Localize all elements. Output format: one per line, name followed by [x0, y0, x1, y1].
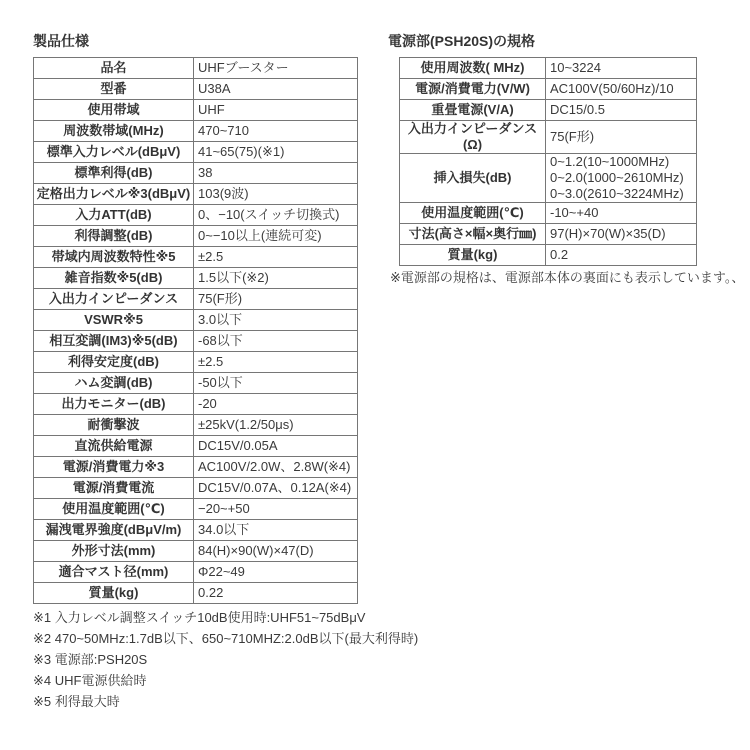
spec-row: 漏洩電界強度(dBμV/m)34.0以下: [34, 520, 358, 541]
spec-row: 利得調整(dB)0~−10以上(連続可変): [34, 226, 358, 247]
spec-label: 使用温度範囲(℃): [34, 499, 194, 520]
spec-value: 0.22: [194, 583, 358, 604]
spec-row: 入力ATT(dB)0、−10(スイッチ切換式): [34, 205, 358, 226]
spec-label: 定格出力レベル※3(dBμV): [34, 184, 194, 205]
spec-label: 電源/消費電力(V/W): [400, 79, 546, 100]
spec-value: ±25kV(1.2/50μs): [194, 415, 358, 436]
spec-label: 利得調整(dB): [34, 226, 194, 247]
spec-row: 出力モニター(dB)-20: [34, 394, 358, 415]
spec-row: 標準利得(dB)38: [34, 163, 358, 184]
spec-label: 漏洩電界強度(dBμV/m): [34, 520, 194, 541]
spec-label: 直流供給電源: [34, 436, 194, 457]
spec-row: 挿入損失(dB)0~1.2(10~1000MHz) 0~2.0(1000~261…: [400, 154, 697, 203]
spec-value: −20~+50: [194, 499, 358, 520]
product-spec-table: 品名UHFブースター型番U38A使用帯域UHF周波数帯域(MHz)470~710…: [33, 57, 358, 604]
spec-label: 標準利得(dB): [34, 163, 194, 184]
spec-row: 帯域内周波数特性※5±2.5: [34, 247, 358, 268]
spec-value: 0~1.2(10~1000MHz) 0~2.0(1000~2610MHz) 0~…: [546, 154, 697, 203]
power-spec-section: 電源部(PSH20S)の規格 使用周波数( MHz)10~3224電源/消費電力…: [388, 33, 718, 287]
spec-row: 質量(kg)0.22: [34, 583, 358, 604]
power-spec-table-body: 使用周波数( MHz)10~3224電源/消費電力(V/W)AC100V(50/…: [400, 58, 697, 266]
spec-row: 周波数帯域(MHz)470~710: [34, 121, 358, 142]
spec-value: 75(F形): [194, 289, 358, 310]
spec-row: ハム変調(dB)-50以下: [34, 373, 358, 394]
spec-row: 電源/消費電力※3AC100V/2.0W、2.8W(※4): [34, 457, 358, 478]
spec-label: 使用温度範囲(℃): [400, 203, 546, 224]
spec-value: 0、−10(スイッチ切換式): [194, 205, 358, 226]
spec-row: 適合マスト径(mm)Φ22~49: [34, 562, 358, 583]
spec-row: 標準入力レベル(dBμV)41~65(75)(※1): [34, 142, 358, 163]
spec-row: VSWR※53.0以下: [34, 310, 358, 331]
spec-value: 84(H)×90(W)×47(D): [194, 541, 358, 562]
spec-value: Φ22~49: [194, 562, 358, 583]
spec-label: 電源/消費電力※3: [34, 457, 194, 478]
spec-label: 使用帯域: [34, 100, 194, 121]
spec-label: 挿入損失(dB): [400, 154, 546, 203]
spec-label: 周波数帯域(MHz): [34, 121, 194, 142]
spec-label: 相互変調(IM3)※5(dB): [34, 331, 194, 352]
spec-row: 質量(kg)0.2: [400, 245, 697, 266]
spec-value: UHF: [194, 100, 358, 121]
spec-label: 重畳電源(V/A): [400, 100, 546, 121]
spec-label: 入力ATT(dB): [34, 205, 194, 226]
footnote-line: ※4 UHF電源供給時: [33, 670, 373, 691]
spec-row: 外形寸法(mm)84(H)×90(W)×47(D): [34, 541, 358, 562]
spec-label: 利得安定度(dB): [34, 352, 194, 373]
spec-row: 電源/消費電力(V/W)AC100V(50/60Hz)/10: [400, 79, 697, 100]
spec-value: ±2.5: [194, 247, 358, 268]
spec-value: UHFブースター: [194, 58, 358, 79]
spec-row: 使用周波数( MHz)10~3224: [400, 58, 697, 79]
spec-label: VSWR※5: [34, 310, 194, 331]
spec-value: 0.2: [546, 245, 697, 266]
spec-value: 470~710: [194, 121, 358, 142]
spec-label: 帯域内周波数特性※5: [34, 247, 194, 268]
spec-label: 入出力インピーダンス: [34, 289, 194, 310]
spec-label: 標準入力レベル(dBμV): [34, 142, 194, 163]
spec-value: DC15/0.5: [546, 100, 697, 121]
spec-label: 寸法(高さ×幅×奥行㎜): [400, 224, 546, 245]
spec-value: -68以下: [194, 331, 358, 352]
spec-label: 品名: [34, 58, 194, 79]
footnote-line: ※3 電源部:PSH20S: [33, 649, 373, 670]
spec-row: 使用温度範囲(℃)-10~+40: [400, 203, 697, 224]
spec-row: 定格出力レベル※3(dBμV)103(9波): [34, 184, 358, 205]
footnote-line: ※2 470~50MHz:1.7dB以下、650~710MHZ:2.0dB以下(…: [33, 628, 373, 649]
spec-row: 使用温度範囲(℃)−20~+50: [34, 499, 358, 520]
spec-value: U38A: [194, 79, 358, 100]
spec-row: 寸法(高さ×幅×奥行㎜)97(H)×70(W)×35(D): [400, 224, 697, 245]
spec-value: -10~+40: [546, 203, 697, 224]
spec-label: 外形寸法(mm): [34, 541, 194, 562]
spec-value: 103(9波): [194, 184, 358, 205]
spec-value: 97(H)×70(W)×35(D): [546, 224, 697, 245]
power-spec-title: 電源部(PSH20S)の規格: [388, 33, 718, 50]
spec-row: 相互変調(IM3)※5(dB)-68以下: [34, 331, 358, 352]
spec-value: 75(F形): [546, 121, 697, 154]
spec-row: 利得安定度(dB)±2.5: [34, 352, 358, 373]
spec-label: 質量(kg): [34, 583, 194, 604]
spec-row: 重畳電源(V/A)DC15/0.5: [400, 100, 697, 121]
spec-value: AC100V(50/60Hz)/10: [546, 79, 697, 100]
spec-label: 電源/消費電流: [34, 478, 194, 499]
spec-label: 型番: [34, 79, 194, 100]
spec-row: 直流供給電源DC15V/0.05A: [34, 436, 358, 457]
spec-row: 入出力インピーダンス75(F形): [34, 289, 358, 310]
spec-row: 雑音指数※5(dB)1.5以下(※2): [34, 268, 358, 289]
spec-value: -50以下: [194, 373, 358, 394]
spec-label: 耐衝撃波: [34, 415, 194, 436]
spec-row: 入出力インピーダンス(Ω)75(F形): [400, 121, 697, 154]
spec-value: 3.0以下: [194, 310, 358, 331]
footnote-line: ※1 入力レベル調整スイッチ10dB使用時:UHF51~75dBμV: [33, 607, 373, 628]
spec-value: 1.5以下(※2): [194, 268, 358, 289]
spec-label: 質量(kg): [400, 245, 546, 266]
power-spec-table: 使用周波数( MHz)10~3224電源/消費電力(V/W)AC100V(50/…: [399, 57, 697, 266]
spec-label: 入出力インピーダンス(Ω): [400, 121, 546, 154]
spec-row: 耐衝撃波±25kV(1.2/50μs): [34, 415, 358, 436]
spec-value: -20: [194, 394, 358, 415]
spec-value: AC100V/2.0W、2.8W(※4): [194, 457, 358, 478]
spec-label: ハム変調(dB): [34, 373, 194, 394]
spec-row: 品名UHFブースター: [34, 58, 358, 79]
spec-row: 型番U38A: [34, 79, 358, 100]
spec-value: DC15V/0.07A、0.12A(※4): [194, 478, 358, 499]
product-spec-section: 製品仕様 品名UHFブースター型番U38A使用帯域UHF周波数帯域(MHz)47…: [33, 33, 373, 712]
spec-row: 使用帯域UHF: [34, 100, 358, 121]
spec-value: 10~3224: [546, 58, 697, 79]
product-spec-table-body: 品名UHFブースター型番U38A使用帯域UHF周波数帯域(MHz)470~710…: [34, 58, 358, 604]
spec-row: 電源/消費電流DC15V/0.07A、0.12A(※4): [34, 478, 358, 499]
power-spec-note: ※電源部の規格は、電源部本体の裏面にも表示しています。、: [390, 269, 718, 287]
spec-label: 適合マスト径(mm): [34, 562, 194, 583]
spec-value: 34.0以下: [194, 520, 358, 541]
spec-label: 使用周波数( MHz): [400, 58, 546, 79]
spec-value: 0~−10以上(連続可変): [194, 226, 358, 247]
spec-value: 38: [194, 163, 358, 184]
spec-value: 41~65(75)(※1): [194, 142, 358, 163]
spec-label: 雑音指数※5(dB): [34, 268, 194, 289]
spec-value: ±2.5: [194, 352, 358, 373]
product-spec-footnotes: ※1 入力レベル調整スイッチ10dB使用時:UHF51~75dBμV※2 470…: [33, 607, 373, 712]
spec-label: 出力モニター(dB): [34, 394, 194, 415]
spec-value: DC15V/0.05A: [194, 436, 358, 457]
footnote-line: ※5 利得最大時: [33, 691, 373, 712]
product-spec-title: 製品仕様: [33, 33, 373, 50]
